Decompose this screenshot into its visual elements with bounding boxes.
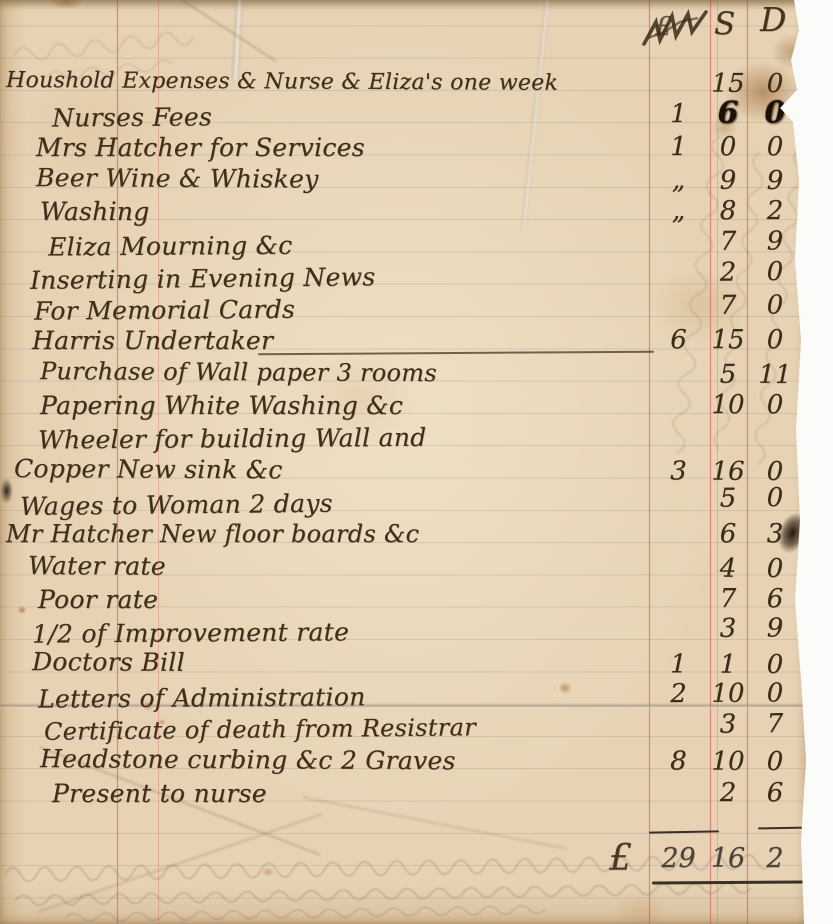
entry-shillings: 1 (709, 650, 747, 680)
entry-description: Copper New sink &c (0, 453, 648, 485)
entry-shillings: 15 (709, 325, 747, 355)
entry-pence: 0 (747, 554, 803, 584)
entry-description: Papering White Washing &c (0, 391, 648, 420)
entry-description: Houshold Expenses & Nurse & Eliza's one … (0, 67, 648, 95)
entry-pence: 0 (747, 483, 803, 514)
entry-description: Eliza Mourning &c (0, 228, 648, 262)
entry-description: For Memorial Cards (0, 292, 648, 326)
entry-pence: 6 (747, 584, 803, 614)
entry-pounds: 1 (648, 98, 709, 128)
entry-pence: 11 (747, 360, 803, 390)
entry-description: Present to nurse (0, 779, 648, 808)
entry-description: Beer Wine & Whiskey (0, 162, 648, 194)
entry-pounds: 2 (648, 679, 709, 709)
entry-description: Letters of Administration (0, 680, 648, 714)
scanned-ledger-page: £ S D Houshold Expenses & Nurse & Eliza'… (0, 0, 833, 924)
entry-pounds: „ (648, 165, 709, 195)
entry-pence: 0 (747, 390, 803, 420)
ledger-row: Water rate 4 0 (0, 549, 803, 585)
ledger-row: Headstone curbing &c 2 Graves 8 10 0 (0, 742, 803, 778)
entry-pence: 0 (747, 650, 803, 680)
entry-description: Wheeler for building Wall and (0, 421, 648, 455)
entry-pence: 0 (747, 95, 803, 130)
entry-pounds: 6 (648, 325, 709, 355)
entry-pence: 0 (747, 325, 803, 355)
entry-pounds (648, 725, 709, 726)
entry-pounds (648, 499, 709, 500)
total-shillings: 16 (709, 843, 747, 874)
entry-pence: 0 (747, 257, 803, 288)
column-header-shillings: S (714, 6, 735, 42)
entry-pence: 9 (747, 613, 803, 643)
entry-shillings: 6 (709, 519, 747, 549)
column-header-pence: D (760, 0, 786, 39)
ledger-row: Purchase of Wall paper 3 rooms 5 11 (0, 355, 803, 391)
entry-shillings: 5 (709, 360, 747, 390)
entry-shillings: 3 (709, 614, 747, 644)
entry-shillings: 7 (709, 227, 747, 257)
entry-description: Purchase of Wall paper 3 rooms (0, 357, 648, 388)
entry-description: Headstone curbing &c 2 Graves (0, 743, 648, 775)
ledger-row: Papering White Washing &c 10 0 (0, 389, 803, 421)
entry-description: Water rate (0, 550, 648, 582)
entry-shillings: 2 (709, 778, 747, 808)
entry-description: Washing (0, 197, 648, 226)
entry-pence: 0 (747, 747, 803, 777)
entry-pence: 7 (747, 709, 803, 740)
entry-shillings: 5 (709, 483, 747, 513)
ledger-row: Wheeler for building Wall and (0, 418, 803, 456)
entry-description: Wages to Woman 2 days (0, 485, 648, 521)
entry-shillings: 0 (709, 132, 747, 162)
entry-shillings: 6 (709, 96, 747, 131)
ledger-row: Present to nurse 2 6 (0, 777, 803, 809)
entry-shillings: 15 (709, 69, 747, 99)
entry-description: Harris Undertaker (0, 326, 648, 355)
ledger-row: Mr Hatcher New floor boards &c 6 3 (0, 518, 803, 550)
entry-pence: 9 (747, 166, 803, 196)
entry-pence: 0 (747, 678, 803, 708)
ledger-row: Houshold Expenses & Nurse & Eliza's one … (0, 64, 803, 100)
entry-description: Mrs Hatcher for Services (0, 133, 648, 162)
entry-shillings: 10 (709, 679, 747, 709)
entry-description: Inserting in Evening News (0, 259, 648, 295)
entry-pence: 2 (747, 196, 803, 226)
entry-pence: 9 (747, 226, 803, 256)
scribble-strikethrough-icon (640, 8, 712, 52)
total-pence: 2 (747, 843, 803, 874)
total-row: £ 29 16 2 (0, 836, 803, 880)
ink-smudge (0, 478, 13, 504)
entry-pounds: 1 (648, 132, 709, 162)
ledger-row: For Memorial Cards 7 0 (0, 289, 803, 327)
ledger-row: Mrs Hatcher for Services 1 0 0 (0, 131, 803, 163)
entry-pounds: „ (648, 196, 709, 226)
entry-description: Certificate of death from Resistrar (0, 711, 648, 746)
ledger-row: 1/2 of Improvement rate 3 9 (0, 612, 803, 650)
entry-shillings: 4 (709, 554, 747, 584)
entry-shillings: 7 (709, 291, 747, 321)
entry-description: Mr Hatcher New floor boards &c (0, 520, 648, 548)
entry-shillings: 7 (709, 584, 747, 614)
entry-pounds (648, 273, 709, 274)
ledger-row: Harris Undertaker 6 15 0 (0, 324, 803, 356)
entry-shillings: 2 (709, 257, 747, 287)
entry-pounds: 1 (648, 649, 709, 679)
ledger-row: Nurses Fees 1 6 0 (0, 95, 803, 133)
entry-description: Nurses Fees (0, 99, 648, 133)
entry-shillings: 8 (709, 196, 747, 226)
ledger-row: Beer Wine & Whiskey „ 9 9 (0, 161, 803, 197)
entry-shillings: 10 (709, 390, 747, 420)
ledger-row: Washing „ 8 2 (0, 195, 803, 227)
entry-pence: 6 (747, 778, 803, 808)
entry-shillings: 9 (709, 166, 747, 196)
entry-description: Doctors Bill (0, 646, 648, 678)
total-pounds: 29 (648, 843, 709, 874)
ledger-paper: £ S D Houshold Expenses & Nurse & Eliza'… (0, 0, 812, 924)
ledger-row: Poor rate 7 6 (0, 583, 803, 615)
entry-description: 1/2 of Improvement rate (0, 615, 648, 649)
entry-pence: 0 (747, 290, 803, 320)
entry-pence: 0 (747, 132, 803, 162)
entry-shillings: 10 (709, 747, 747, 777)
entry-pounds: 8 (648, 746, 709, 776)
entry-shillings: 3 (709, 709, 747, 739)
ledger-row: Doctors Bill 1 1 0 (0, 645, 803, 681)
total-currency-symbol: £ (0, 838, 648, 879)
entry-description: Poor rate (0, 585, 648, 614)
